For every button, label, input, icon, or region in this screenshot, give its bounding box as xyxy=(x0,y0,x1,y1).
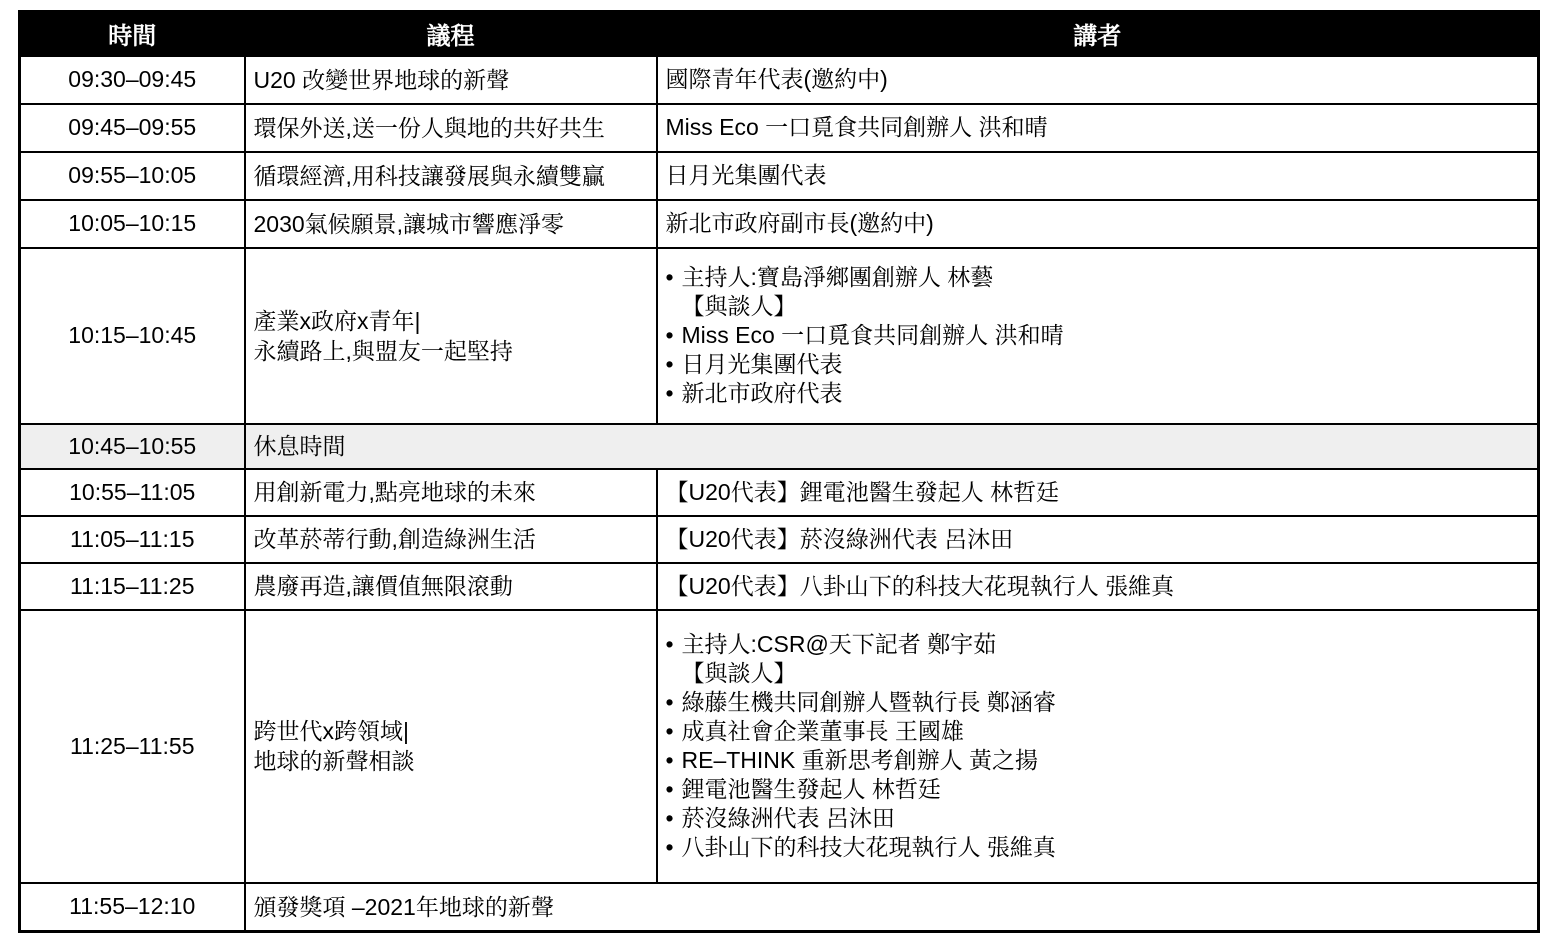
speaker-cell: 國際青年代表(邀約中) xyxy=(657,56,1539,104)
table-row: 09:55–10:05 循環經濟,用科技讓發展與永續雙贏 日月光集團代表 xyxy=(20,152,1539,200)
panel-label-line: 【與談人】 xyxy=(682,659,1528,688)
agenda-line-1: 產業x政府x青年| xyxy=(254,306,646,336)
bullet-item: • 主持人:寶島淨鄉團創辦人 林藝 【與談人】 xyxy=(666,263,1528,321)
table-row: 11:15–11:25 農廢再造,讓價值無限滾動 【U20代表】八卦山下的科技大… xyxy=(20,563,1539,610)
speaker-cell: Miss Eco 一口覓食共同創辦人 洪和晴 xyxy=(657,104,1539,152)
agenda-line-2: 永續路上,與盟友一起堅持 xyxy=(254,336,646,366)
agenda-table: 時間 議程 講者 09:30–09:45 U20 改變世界地球的新聲 國際青年代… xyxy=(18,10,1540,933)
panelist-line: RE–THINK 重新思考創辦人 黃之揚 xyxy=(682,746,1528,775)
speaker-cell: 日月光集團代表 xyxy=(657,152,1539,200)
bullet-item: • 鋰電池醫生發起人 林哲廷 xyxy=(666,775,1528,804)
header-row: 時間 議程 講者 xyxy=(20,12,1539,56)
break-cell: 休息時間 xyxy=(245,424,1539,469)
bullet-icon: • xyxy=(666,350,682,379)
bullet-item: • 菸沒綠洲代表 呂沐田 xyxy=(666,804,1528,833)
agenda-cell: 用創新電力,點亮地球的未來 xyxy=(245,469,657,516)
bullet-item: • RE–THINK 重新思考創辦人 黃之揚 xyxy=(666,746,1528,775)
bullet-icon: • xyxy=(666,321,682,350)
panelist-line: 成真社會企業董事長 王國雄 xyxy=(682,717,1528,746)
bullet-item: • 日月光集團代表 xyxy=(666,350,1528,379)
break-row: 10:45–10:55 休息時間 xyxy=(20,424,1539,469)
agenda-cell: 產業x政府x青年| 永續路上,與盟友一起堅持 xyxy=(245,248,657,424)
time-cell: 09:55–10:05 xyxy=(20,152,245,200)
speaker-cell: 【U20代表】八卦山下的科技大花現執行人 張維真 xyxy=(657,563,1539,610)
bullet-icon: • xyxy=(666,833,682,862)
bullet-icon: • xyxy=(666,263,682,292)
col-header-speaker: 講者 xyxy=(657,12,1539,56)
speaker-cell: • 主持人:CSR@天下記者 鄭宇茹 【與談人】 • 綠藤生機共同創辦人暨執行長… xyxy=(657,610,1539,883)
table-row: 09:45–09:55 環保外送,送一份人與地的共好共生 Miss Eco 一口… xyxy=(20,104,1539,152)
panelist-line: 菸沒綠洲代表 呂沐田 xyxy=(682,804,1528,833)
bullet-icon: • xyxy=(666,746,682,775)
bullet-icon: • xyxy=(666,717,682,746)
time-cell: 09:30–09:45 xyxy=(20,56,245,104)
speaker-cell: 【U20代表】菸沒綠洲代表 呂沐田 xyxy=(657,516,1539,563)
panelist-line: 綠藤生機共同創辦人暨執行長 鄭涵睿 xyxy=(682,688,1528,717)
bullet-icon: • xyxy=(666,379,682,408)
closing-cell: 頒發獎項 –2021年地球的新聲 xyxy=(245,883,1539,932)
bullet-icon: • xyxy=(666,775,682,804)
time-cell: 10:15–10:45 xyxy=(20,248,245,424)
agenda-cell: 2030氣候願景,讓城市響應淨零 xyxy=(245,200,657,248)
agenda-line-2: 地球的新聲相談 xyxy=(254,746,646,776)
agenda-cell: 改革菸蒂行動,創造綠洲生活 xyxy=(245,516,657,563)
panelist-line: 新北市政府代表 xyxy=(682,379,1528,408)
bullet-item: • 主持人:CSR@天下記者 鄭宇茹 【與談人】 xyxy=(666,630,1528,688)
agenda-cell: 跨世代x跨領域| 地球的新聲相談 xyxy=(245,610,657,883)
time-cell: 11:25–11:55 xyxy=(20,610,245,883)
bullet-item: • 新北市政府代表 xyxy=(666,379,1528,408)
closing-row: 11:55–12:10 頒發獎項 –2021年地球的新聲 xyxy=(20,883,1539,932)
time-cell: 10:55–11:05 xyxy=(20,469,245,516)
table-row: 11:05–11:15 改革菸蒂行動,創造綠洲生活 【U20代表】菸沒綠洲代表 … xyxy=(20,516,1539,563)
panelist-line: 日月光集團代表 xyxy=(682,350,1528,379)
speaker-cell: • 主持人:寶島淨鄉團創辦人 林藝 【與談人】 • Miss Eco 一口覓食共… xyxy=(657,248,1539,424)
speaker-cell: 【U20代表】鋰電池醫生發起人 林哲廷 xyxy=(657,469,1539,516)
time-cell: 09:45–09:55 xyxy=(20,104,245,152)
bullet-text-block: 主持人:CSR@天下記者 鄭宇茹 【與談人】 xyxy=(682,630,1528,688)
speaker-cell: 新北市政府副市長(邀約中) xyxy=(657,200,1539,248)
col-header-time: 時間 xyxy=(20,12,245,56)
bullet-icon: • xyxy=(666,688,682,717)
time-cell: 10:45–10:55 xyxy=(20,424,245,469)
panel-label-line: 【與談人】 xyxy=(682,292,1528,321)
panelist-line: Miss Eco 一口覓食共同創辦人 洪和晴 xyxy=(682,321,1528,350)
table-row: 09:30–09:45 U20 改變世界地球的新聲 國際青年代表(邀約中) xyxy=(20,56,1539,104)
col-header-agenda: 議程 xyxy=(245,12,657,56)
bullet-item: • Miss Eco 一口覓食共同創辦人 洪和晴 xyxy=(666,321,1528,350)
bullet-item: • 綠藤生機共同創辦人暨執行長 鄭涵睿 xyxy=(666,688,1528,717)
bullet-item: • 成真社會企業董事長 王國雄 xyxy=(666,717,1528,746)
host-line: 主持人:CSR@天下記者 鄭宇茹 xyxy=(682,630,1528,659)
time-cell: 11:05–11:15 xyxy=(20,516,245,563)
bullet-item: • 八卦山下的科技大花現執行人 張維真 xyxy=(666,833,1528,862)
agenda-cell: 農廢再造,讓價值無限滾動 xyxy=(245,563,657,610)
table-row: 10:05–10:15 2030氣候願景,讓城市響應淨零 新北市政府副市長(邀約… xyxy=(20,200,1539,248)
agenda-cell: 循環經濟,用科技讓發展與永續雙贏 xyxy=(245,152,657,200)
time-cell: 11:55–12:10 xyxy=(20,883,245,932)
bullet-icon: • xyxy=(666,630,682,659)
table-row-panel: 11:25–11:55 跨世代x跨領域| 地球的新聲相談 • 主持人:CSR@天… xyxy=(20,610,1539,883)
agenda-line-1: 跨世代x跨領域| xyxy=(254,716,646,746)
time-cell: 10:05–10:15 xyxy=(20,200,245,248)
agenda-cell: U20 改變世界地球的新聲 xyxy=(245,56,657,104)
time-cell: 11:15–11:25 xyxy=(20,563,245,610)
table-row-panel: 10:15–10:45 產業x政府x青年| 永續路上,與盟友一起堅持 • 主持人… xyxy=(20,248,1539,424)
bullet-text-block: 主持人:寶島淨鄉團創辦人 林藝 【與談人】 xyxy=(682,263,1528,321)
host-line: 主持人:寶島淨鄉團創辦人 林藝 xyxy=(682,263,1528,292)
agenda-cell: 環保外送,送一份人與地的共好共生 xyxy=(245,104,657,152)
panelist-line: 鋰電池醫生發起人 林哲廷 xyxy=(682,775,1528,804)
table-row: 10:55–11:05 用創新電力,點亮地球的未來 【U20代表】鋰電池醫生發起… xyxy=(20,469,1539,516)
bullet-icon: • xyxy=(666,804,682,833)
panelist-line: 八卦山下的科技大花現執行人 張維真 xyxy=(682,833,1528,862)
